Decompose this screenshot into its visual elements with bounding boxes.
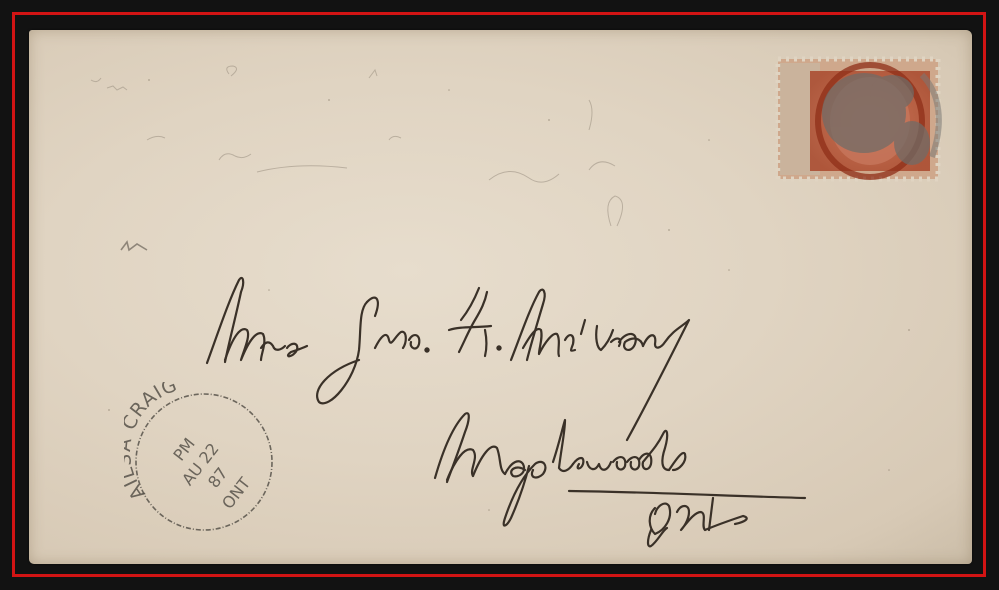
postmark: AILSA CRAIG PM AU 22 87 ONT xyxy=(124,382,284,542)
postmark-town: AILSA CRAIG xyxy=(124,382,181,504)
postage-stamp xyxy=(772,53,942,183)
svg-text:AILSA CRAIG: AILSA CRAIG xyxy=(124,382,181,504)
